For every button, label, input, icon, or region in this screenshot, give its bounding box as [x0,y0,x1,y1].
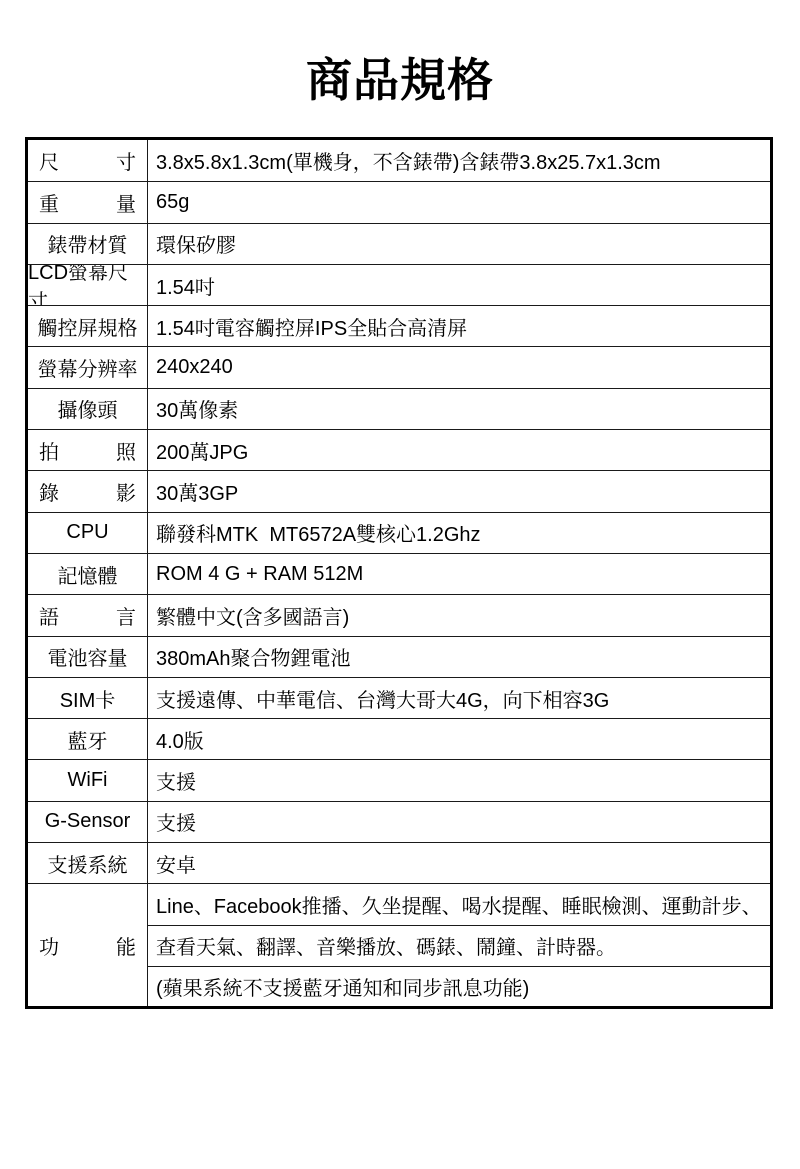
spec-label-dimensions: 尺寸 [28,140,148,181]
spec-value-gsensor: 支援 [148,802,770,842]
spec-row-os: 支援系統 安卓 [28,842,770,883]
spec-row-dimensions: 尺寸 3.8x5.8x1.3cm(單機身，不含錶帶)含錶帶3.8x25.7x1.… [28,140,770,181]
spec-row-lcd-size: LCD螢幕尺寸 1.54吋 [28,264,770,305]
spec-row-gsensor: G-Sensor 支援 [28,801,770,842]
spec-value-camera: 30萬像素 [148,389,770,429]
spec-row-strap-material: 錶帶材質 環保矽膠 [28,223,770,264]
spec-value-cpu: 聯發科MTK MT6572A雙核心1.2Ghz [148,513,770,553]
spec-value-dimensions: 3.8x5.8x1.3cm(單機身，不含錶帶)含錶帶3.8x25.7x1.3cm [148,140,770,181]
spec-label-video: 錄影 [28,471,148,511]
spec-label-bluetooth: 藍牙 [28,719,148,759]
spec-row-functions: 功能 Line、Facebook推播、久坐提醒、喝水提醒、睡眠檢測、運動計步、 … [28,883,770,1006]
spec-label-memory: 記憶體 [28,554,148,594]
spec-value-strap-material: 環保矽膠 [148,224,770,264]
spec-value-weight: 65g [148,182,770,222]
spec-value-functions: Line、Facebook推播、久坐提醒、喝水提醒、睡眠檢測、運動計步、 查看天… [148,884,770,1006]
spec-label-weight: 重量 [28,182,148,222]
functions-line-notifications: Line、Facebook推播、久坐提醒、喝水提醒、睡眠檢測、運動計步、 [148,884,770,925]
spec-value-os: 安卓 [148,843,770,883]
spec-label-cpu: CPU [28,513,148,553]
spec-row-video: 錄影 30萬3GP [28,470,770,511]
spec-row-sim: SIM卡 支援遠傳、中華電信、台灣大哥大4G，向下相容3G [28,677,770,718]
spec-row-resolution: 螢幕分辨率 240x240 [28,346,770,387]
spec-row-memory: 記憶體 ROM 4 G + RAM 512M [28,553,770,594]
spec-label-os: 支援系統 [28,843,148,883]
spec-label-sim: SIM卡 [28,678,148,718]
spec-row-touchscreen: 觸控屏規格 1.54吋電容觸控屏IPS全貼合高清屏 [28,305,770,346]
spec-row-camera: 攝像頭 30萬像素 [28,388,770,429]
spec-row-wifi: WiFi 支援 [28,759,770,800]
functions-line-ios-note: (蘋果系統不支援藍牙通知和同步訊息功能) [148,966,770,1007]
spec-sheet-page: 商品規格 尺寸 3.8x5.8x1.3cm(單機身，不含錶帶)含錶帶3.8x25… [0,0,800,1169]
spec-row-photo: 拍照 200萬JPG [28,429,770,470]
spec-value-resolution: 240x240 [148,347,770,387]
spec-label-battery: 電池容量 [28,637,148,677]
spec-value-photo: 200萬JPG [148,430,770,470]
spec-label-touchscreen: 觸控屏規格 [28,306,148,346]
functions-line-tools: 查看天氣、翻譯、音樂播放、碼錶、鬧鐘、計時器。 [148,925,770,966]
page-title: 商品規格 [0,44,800,110]
spec-label-photo: 拍照 [28,430,148,470]
spec-table: 尺寸 3.8x5.8x1.3cm(單機身，不含錶帶)含錶帶3.8x25.7x1.… [25,137,773,1009]
spec-value-touchscreen: 1.54吋電容觸控屏IPS全貼合高清屏 [148,306,770,346]
spec-value-lcd-size: 1.54吋 [148,265,770,305]
spec-label-resolution: 螢幕分辨率 [28,347,148,387]
spec-value-bluetooth: 4.0版 [148,719,770,759]
spec-row-language: 語言 繁體中文(含多國語言) [28,594,770,635]
spec-value-video: 30萬3GP [148,471,770,511]
spec-label-wifi: WiFi [28,760,148,800]
spec-row-battery: 電池容量 380mAh聚合物鋰電池 [28,636,770,677]
spec-value-language: 繁體中文(含多國語言) [148,595,770,635]
spec-label-functions: 功能 [28,884,148,1006]
spec-label-language: 語言 [28,595,148,635]
spec-label-gsensor: G-Sensor [28,802,148,842]
spec-value-wifi: 支援 [148,760,770,800]
spec-row-bluetooth: 藍牙 4.0版 [28,718,770,759]
spec-label-lcd-size: LCD螢幕尺寸 [28,265,148,305]
spec-value-battery: 380mAh聚合物鋰電池 [148,637,770,677]
spec-label-strap-material: 錶帶材質 [28,224,148,264]
spec-row-weight: 重量 65g [28,181,770,222]
spec-value-memory: ROM 4 G + RAM 512M [148,554,770,594]
spec-row-cpu: CPU 聯發科MTK MT6572A雙核心1.2Ghz [28,512,770,553]
spec-value-sim: 支援遠傳、中華電信、台灣大哥大4G，向下相容3G [148,678,770,718]
spec-label-camera: 攝像頭 [28,389,148,429]
